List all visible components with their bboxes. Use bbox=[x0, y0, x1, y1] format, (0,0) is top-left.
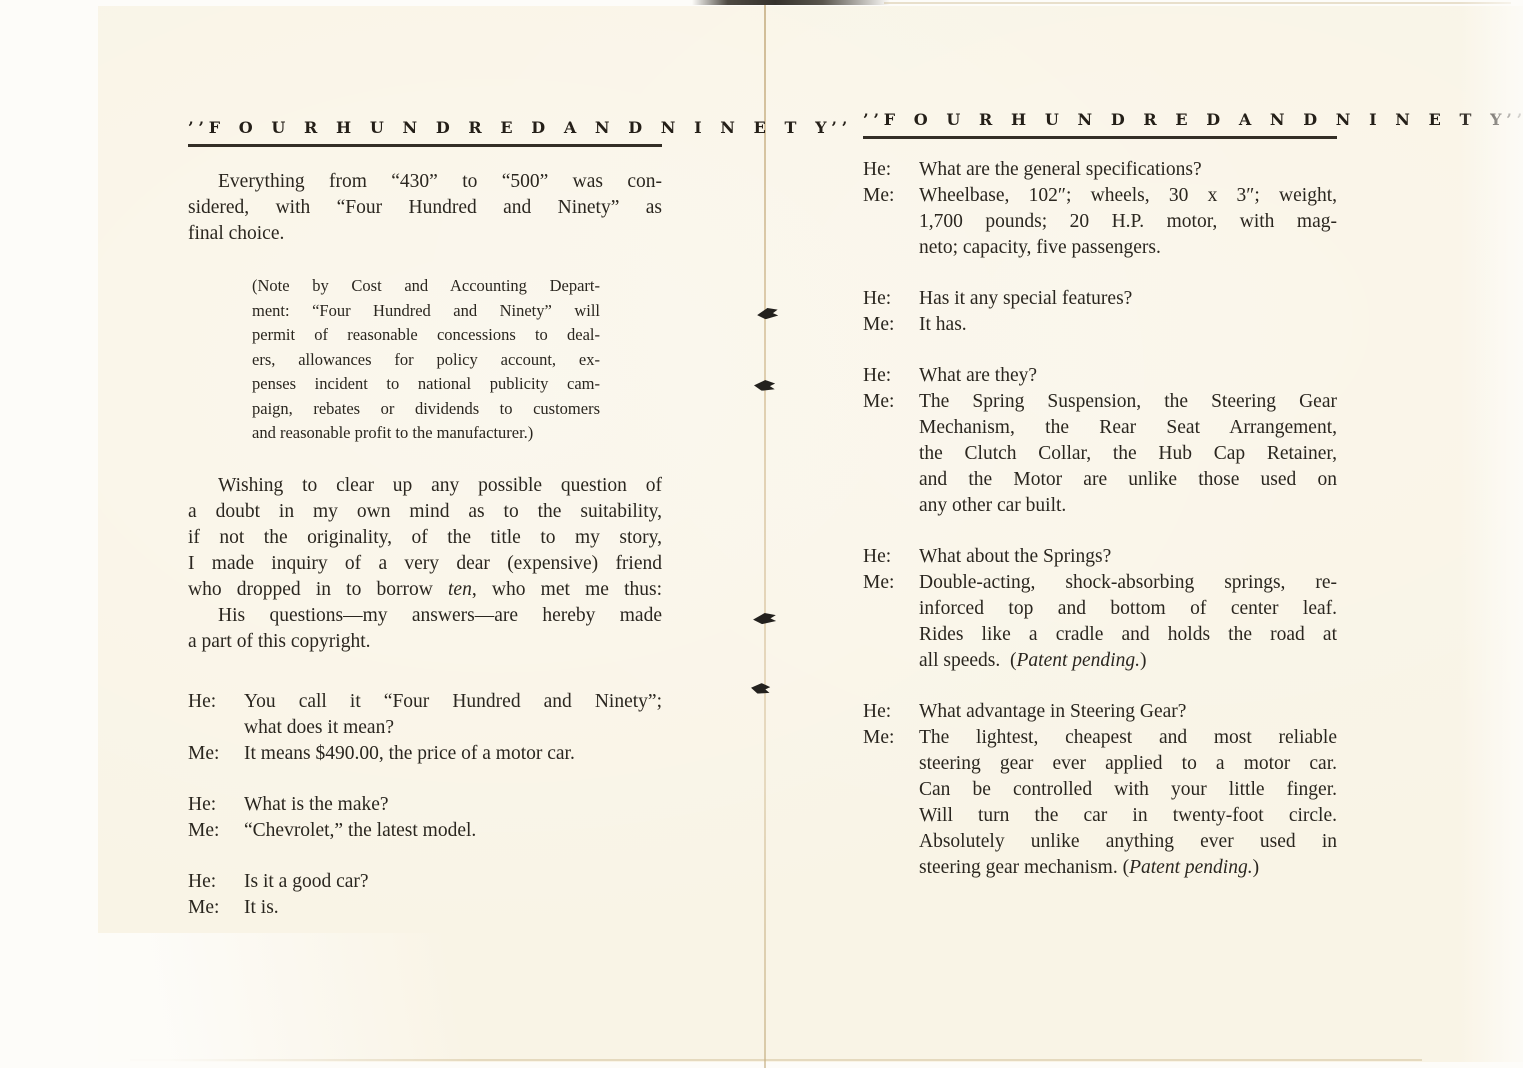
qa-text: Is it a good car? bbox=[244, 869, 662, 895]
text-line: penses incident to national publicity ca… bbox=[252, 372, 600, 397]
text-line: Wishing to clear up any possible questio… bbox=[188, 473, 662, 499]
qa-item: Me: Double-acting, shock-absorbing sprin… bbox=[863, 570, 1337, 674]
qa-item: Me: The Spring Suspension, the Steering … bbox=[863, 389, 1337, 519]
qa-text: What are the general specifications? bbox=[919, 157, 1337, 183]
text-line: permit of reasonable concessions to deal… bbox=[252, 323, 600, 348]
text-line: sidered, with “Four Hundred and Ninety” … bbox=[188, 195, 662, 221]
qa-group: He: What are the general specifications?… bbox=[863, 157, 1337, 261]
text-line: Mechanism, the Rear Seat Arrangement, bbox=[919, 415, 1337, 441]
text-line: What are they? bbox=[919, 363, 1337, 389]
right-page: ’’F O U R H U N D R E D A N D N I N E T … bbox=[863, 108, 1337, 881]
qa-text: What about the Springs? bbox=[919, 544, 1337, 570]
text-line: Is it a good car? bbox=[244, 869, 662, 895]
text-line: His questions—my answers—are hereby made bbox=[188, 603, 662, 629]
text-line: It is. bbox=[244, 895, 662, 921]
text-line: The Spring Suspension, the Steering Gear bbox=[919, 389, 1337, 415]
qa-item: He: What are they? bbox=[863, 363, 1337, 389]
text-line: I made inquiry of a very dear (expensive… bbox=[188, 551, 662, 577]
qa-label: Me: bbox=[188, 895, 219, 921]
qa-group: He: You call it “Four Hundred and Ninety… bbox=[188, 689, 662, 767]
qa-label: Me: bbox=[863, 183, 894, 209]
text-line: the Clutch Collar, the Hub Cap Retainer, bbox=[919, 441, 1337, 467]
text-line: Rides like a cradle and holds the road a… bbox=[919, 622, 1337, 648]
qa-label: He: bbox=[863, 157, 891, 183]
qa-group: He: What about the Springs? Me: Double-a… bbox=[863, 544, 1337, 674]
header-rule bbox=[863, 136, 1337, 139]
text-line: who dropped in to borrow ten, who met me… bbox=[188, 577, 662, 603]
qa-item: He: What advantage in Steering Gear? bbox=[863, 699, 1337, 725]
text-line: inforced top and bottom of center leaf. bbox=[919, 596, 1337, 622]
qa-text: What is the make? bbox=[244, 792, 662, 818]
qa-item: He: Is it a good car? bbox=[188, 869, 662, 895]
text-line: Has it any special features? bbox=[919, 286, 1337, 312]
text-line: paign, rebates or dividends to customers bbox=[252, 397, 600, 422]
page-header-text: ’’F O U R H U N D R E D A N D N I N E T … bbox=[863, 110, 1523, 129]
right-edge-scan-fade bbox=[1459, 0, 1523, 1068]
qa-text: Wheelbase, 102″; wheels, 30 x 3″; weight… bbox=[919, 183, 1337, 261]
text-line: The lightest, cheapest and most reliable bbox=[919, 725, 1337, 751]
qa-item: He: Has it any special features? bbox=[863, 286, 1337, 312]
top-edge-shadow bbox=[884, 2, 1511, 4]
text-line: if not the originality, of the title to … bbox=[188, 525, 662, 551]
qa-group: He: What are they? Me: The Spring Suspen… bbox=[863, 363, 1337, 519]
qa-label: Me: bbox=[188, 818, 219, 844]
qa-text: The Spring Suspension, the Steering Gear… bbox=[919, 389, 1337, 519]
text-line: steering gear ever applied to a motor ca… bbox=[919, 751, 1337, 777]
text-line: You call it “Four Hundred and Ninety”; bbox=[244, 689, 662, 715]
text-line: final choice. bbox=[188, 221, 662, 247]
qa-label: He: bbox=[863, 544, 891, 570]
text-line: what does it mean? bbox=[244, 715, 662, 741]
qa-section: He: You call it “Four Hundred and Ninety… bbox=[188, 689, 662, 921]
story-paragraph: Wishing to clear up any possible questio… bbox=[188, 473, 662, 655]
qa-text: It is. bbox=[244, 895, 662, 921]
qa-text: It has. bbox=[919, 312, 1337, 338]
qa-label: He: bbox=[188, 869, 216, 895]
qa-label: Me: bbox=[188, 741, 219, 767]
qa-section: He: What are the general specifications?… bbox=[863, 157, 1337, 881]
text-line: “Chevrolet,” the latest model. bbox=[244, 818, 662, 844]
booklet-scan: ’’F O U R H U N D R E D A N D N I N E T … bbox=[0, 0, 1523, 1068]
text-line: Double-acting, shock-absorbing springs, … bbox=[919, 570, 1337, 596]
text-line: a doubt in my own mind as to the suitabi… bbox=[188, 499, 662, 525]
qa-label: He: bbox=[863, 286, 891, 312]
accounting-note-paragraph: (Note by Cost and Accounting Depart-ment… bbox=[252, 274, 600, 446]
qa-item: He: What are the general specifications? bbox=[863, 157, 1337, 183]
qa-item: Me: Wheelbase, 102″; wheels, 30 x 3″; we… bbox=[863, 183, 1337, 261]
qa-text: “Chevrolet,” the latest model. bbox=[244, 818, 662, 844]
qa-group: He: Is it a good car? Me: It is. bbox=[188, 869, 662, 921]
text-line: Everything from “430” to “500” was con- bbox=[188, 169, 662, 195]
top-edge-notch bbox=[692, 0, 890, 5]
qa-label: He: bbox=[863, 363, 891, 389]
text-line: Can be controlled with your little finge… bbox=[919, 777, 1337, 803]
qa-label: He: bbox=[863, 699, 891, 725]
text-line: What advantage in Steering Gear? bbox=[919, 699, 1337, 725]
page-header: ’’F O U R H U N D R E D A N D N I N E T … bbox=[863, 108, 1337, 139]
text-line: ment: “Four Hundred and Ninety” will bbox=[252, 299, 600, 324]
qa-item: Me: “Chevrolet,” the latest model. bbox=[188, 818, 662, 844]
qa-label: He: bbox=[188, 792, 216, 818]
text-line: What is the make? bbox=[244, 792, 662, 818]
left-page: ’’F O U R H U N D R E D A N D N I N E T … bbox=[188, 116, 662, 921]
qa-item: Me: It means $490.00, the price of a mot… bbox=[188, 741, 662, 767]
qa-text: You call it “Four Hundred and Ninety”;wh… bbox=[244, 689, 662, 741]
qa-text: What are they? bbox=[919, 363, 1337, 389]
text-line: What are the general specifications? bbox=[919, 157, 1337, 183]
text-line: Absolutely unlike anything ever used in bbox=[919, 829, 1337, 855]
qa-label: Me: bbox=[863, 570, 894, 596]
text-line: neto; capacity, five passengers. bbox=[919, 235, 1337, 261]
qa-item: He: What is the make? bbox=[188, 792, 662, 818]
text-line: (Note by Cost and Accounting Depart- bbox=[252, 274, 600, 299]
qa-item: He: What about the Springs? bbox=[863, 544, 1337, 570]
qa-label: He: bbox=[188, 689, 216, 715]
text-line: and the Motor are unlike those used on bbox=[919, 467, 1337, 493]
qa-label: Me: bbox=[863, 312, 894, 338]
qa-label: Me: bbox=[863, 725, 894, 751]
binding-crease bbox=[764, 0, 766, 1068]
qa-text: It means $490.00, the price of a motor c… bbox=[244, 741, 662, 767]
text-line: It means $490.00, the price of a motor c… bbox=[244, 741, 662, 767]
text-line: ers, allowances for policy account, ex- bbox=[252, 348, 600, 373]
qa-group: He: Has it any special features? Me: It … bbox=[863, 286, 1337, 338]
text-line: and reasonable profit to the manufacture… bbox=[252, 421, 600, 446]
qa-text: Double-acting, shock-absorbing springs, … bbox=[919, 570, 1337, 674]
text-line: It has. bbox=[919, 312, 1337, 338]
opening-paragraph: Everything from “430” to “500” was con-s… bbox=[188, 169, 662, 247]
text-line: any other car built. bbox=[919, 493, 1337, 519]
qa-group: He: What is the make? Me: “Chevrolet,” t… bbox=[188, 792, 662, 844]
qa-text: The lightest, cheapest and most reliable… bbox=[919, 725, 1337, 881]
qa-text: What advantage in Steering Gear? bbox=[919, 699, 1337, 725]
text-line: Will turn the car in twenty-foot circle. bbox=[919, 803, 1337, 829]
qa-item: He: You call it “Four Hundred and Ninety… bbox=[188, 689, 662, 741]
text-line: Wheelbase, 102″; wheels, 30 x 3″; weight… bbox=[919, 183, 1337, 209]
text-line: all speeds. (Patent pending.) bbox=[919, 648, 1337, 674]
qa-item: Me: It is. bbox=[188, 895, 662, 921]
qa-group: He: What advantage in Steering Gear? Me:… bbox=[863, 699, 1337, 881]
text-line: 1,700 pounds; 20 H.P. motor, with mag- bbox=[919, 209, 1337, 235]
header-rule bbox=[188, 144, 662, 147]
qa-item: Me: It has. bbox=[863, 312, 1337, 338]
page-header: ’’F O U R H U N D R E D A N D N I N E T … bbox=[188, 116, 662, 147]
qa-item: Me: The lightest, cheapest and most reli… bbox=[863, 725, 1337, 881]
bottom-left-scan-fade bbox=[0, 933, 740, 1068]
text-line: a part of this copyright. bbox=[188, 629, 662, 655]
qa-label: Me: bbox=[863, 389, 894, 415]
page-header-text: ’’F O U R H U N D R E D A N D N I N E T … bbox=[188, 118, 852, 137]
text-line: steering gear mechanism. (Patent pending… bbox=[919, 855, 1337, 881]
text-line: What about the Springs? bbox=[919, 544, 1337, 570]
qa-text: Has it any special features? bbox=[919, 286, 1337, 312]
